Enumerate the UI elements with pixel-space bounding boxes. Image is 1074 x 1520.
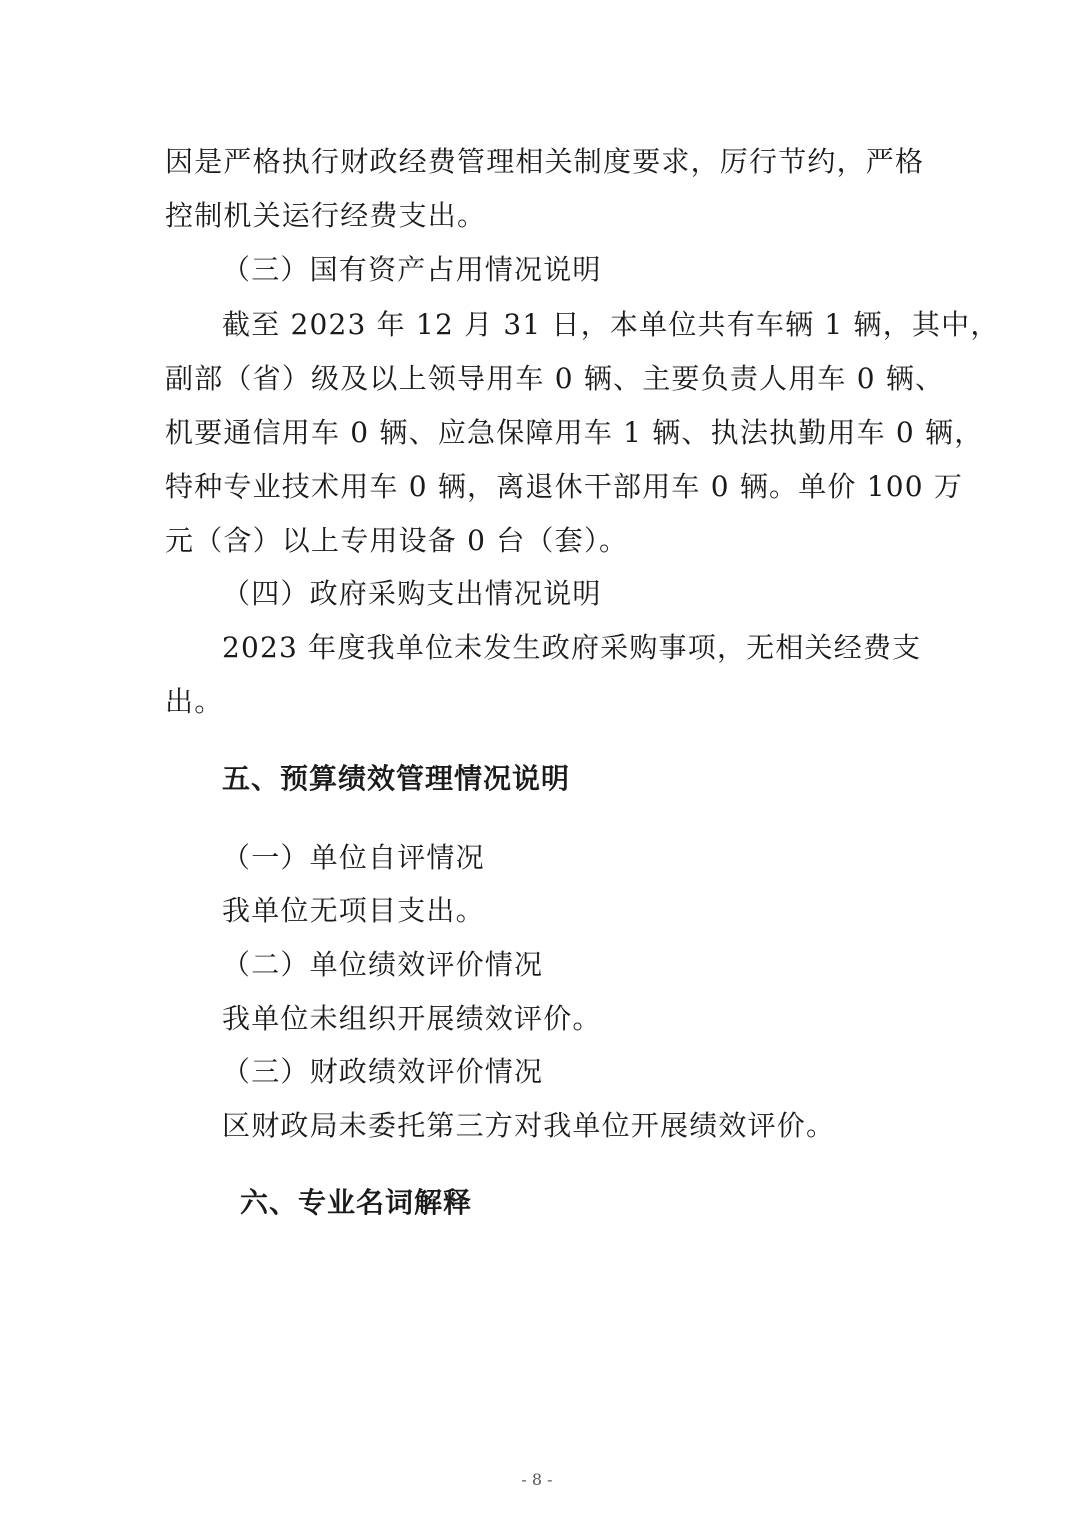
paragraph-text: 副部（省）级及以上领导用车 0 辆、主要负责人用车 0 辆、 <box>165 359 910 399</box>
paragraph-text: 截至 2023 年 12 月 31 日，本单位共有车辆 1 辆，其中， <box>222 305 910 345</box>
paragraph-text: 控制机关运行经费支出。 <box>165 196 486 236</box>
page-number: - 8 - <box>0 1470 1074 1489</box>
subsection-heading: （二）单位绩效评价情况 <box>222 945 543 985</box>
paragraph-text: 我单位无项目支出。 <box>222 891 485 931</box>
paragraph-text: 特种专业技术用车 0 辆，离退休干部用车 0 辆。单价 100 万 <box>165 467 910 507</box>
paragraph-text: 元（含）以上专用设备 0 台（套）。 <box>165 521 628 561</box>
subsection-heading: （三）国有资产占用情况说明 <box>222 250 602 290</box>
subsection-heading: （三）财政绩效评价情况 <box>222 1052 543 1092</box>
section-heading-5: 五、预算绩效管理情况说明 <box>222 759 570 799</box>
subsection-heading: （四）政府采购支出情况说明 <box>222 574 602 614</box>
subsection-heading: （一）单位自评情况 <box>222 838 485 878</box>
paragraph-text: 我单位未组织开展绩效评价。 <box>222 999 602 1039</box>
section-heading-6: 六、专业名词解释 <box>240 1183 472 1223</box>
paragraph-text: 出。 <box>165 682 223 722</box>
paragraph-text: 机要通信用车 0 辆、应急保障用车 1 辆、执法执勤用车 0 辆， <box>165 413 910 453</box>
paragraph-text: 区财政局未委托第三方对我单位开展绩效评价。 <box>222 1106 835 1146</box>
paragraph-text: 因是严格执行财政经费管理相关制度要求，厉行节约，严格 <box>165 142 910 182</box>
paragraph-text: 2023 年度我单位未发生政府采购事项，无相关经费支 <box>222 628 910 668</box>
